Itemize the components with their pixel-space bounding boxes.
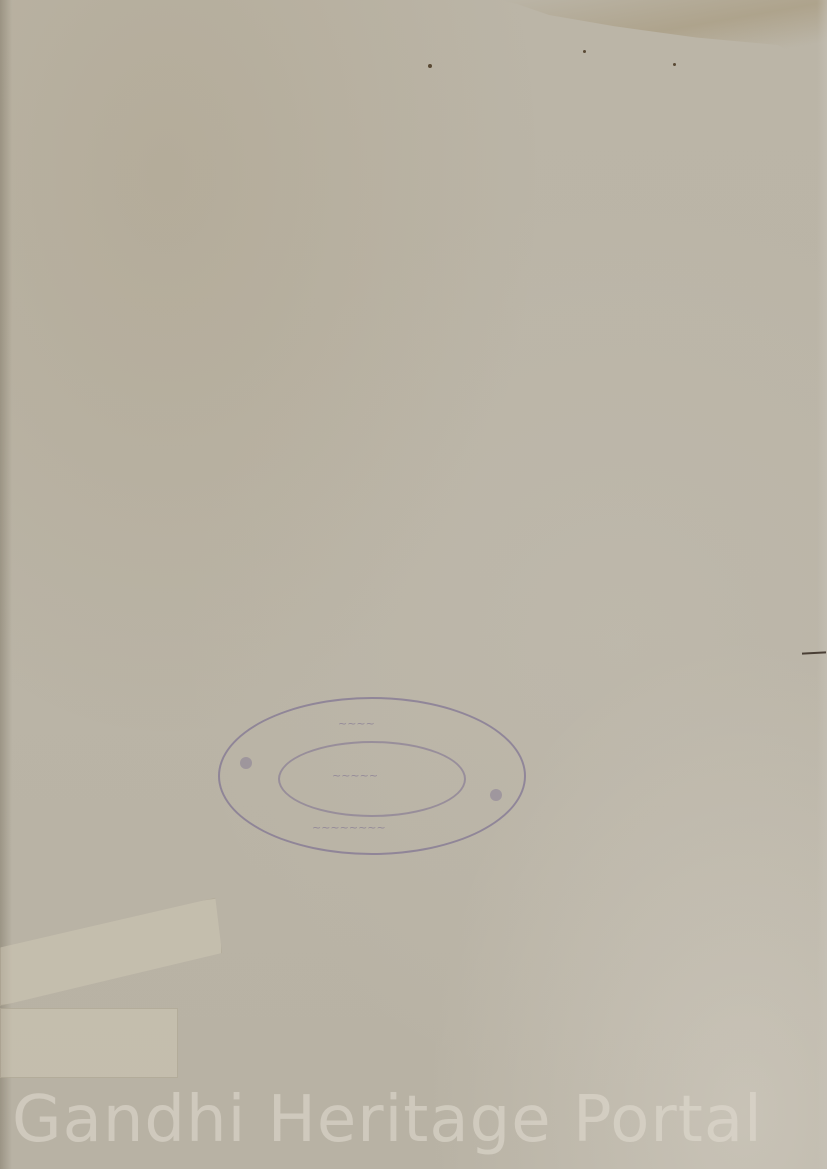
watermark-text: Gandhi Heritage Portal (12, 1082, 822, 1158)
speck (673, 63, 676, 66)
speck (428, 64, 432, 68)
adhesive-tape-strip (0, 1008, 178, 1078)
speck (583, 50, 586, 53)
stamp-top-text: ~~~~ (338, 717, 375, 730)
water-stain (500, 0, 827, 75)
scanned-page: ~~~~ ~~~~~ ~~~~~~~~ Gandhi Heritage Port… (0, 0, 827, 1169)
stamp-dot (490, 789, 502, 801)
stamp-dot (240, 757, 252, 769)
stamp-bottom-text: ~~~~~~~~ (312, 821, 386, 834)
page-right-edge (817, 0, 827, 1169)
stamp-middle-text: ~~~~~ (332, 769, 378, 782)
adhesive-tape-strip (0, 897, 222, 1006)
library-stamp: ~~~~ ~~~~~ ~~~~~~~~ (218, 697, 526, 855)
